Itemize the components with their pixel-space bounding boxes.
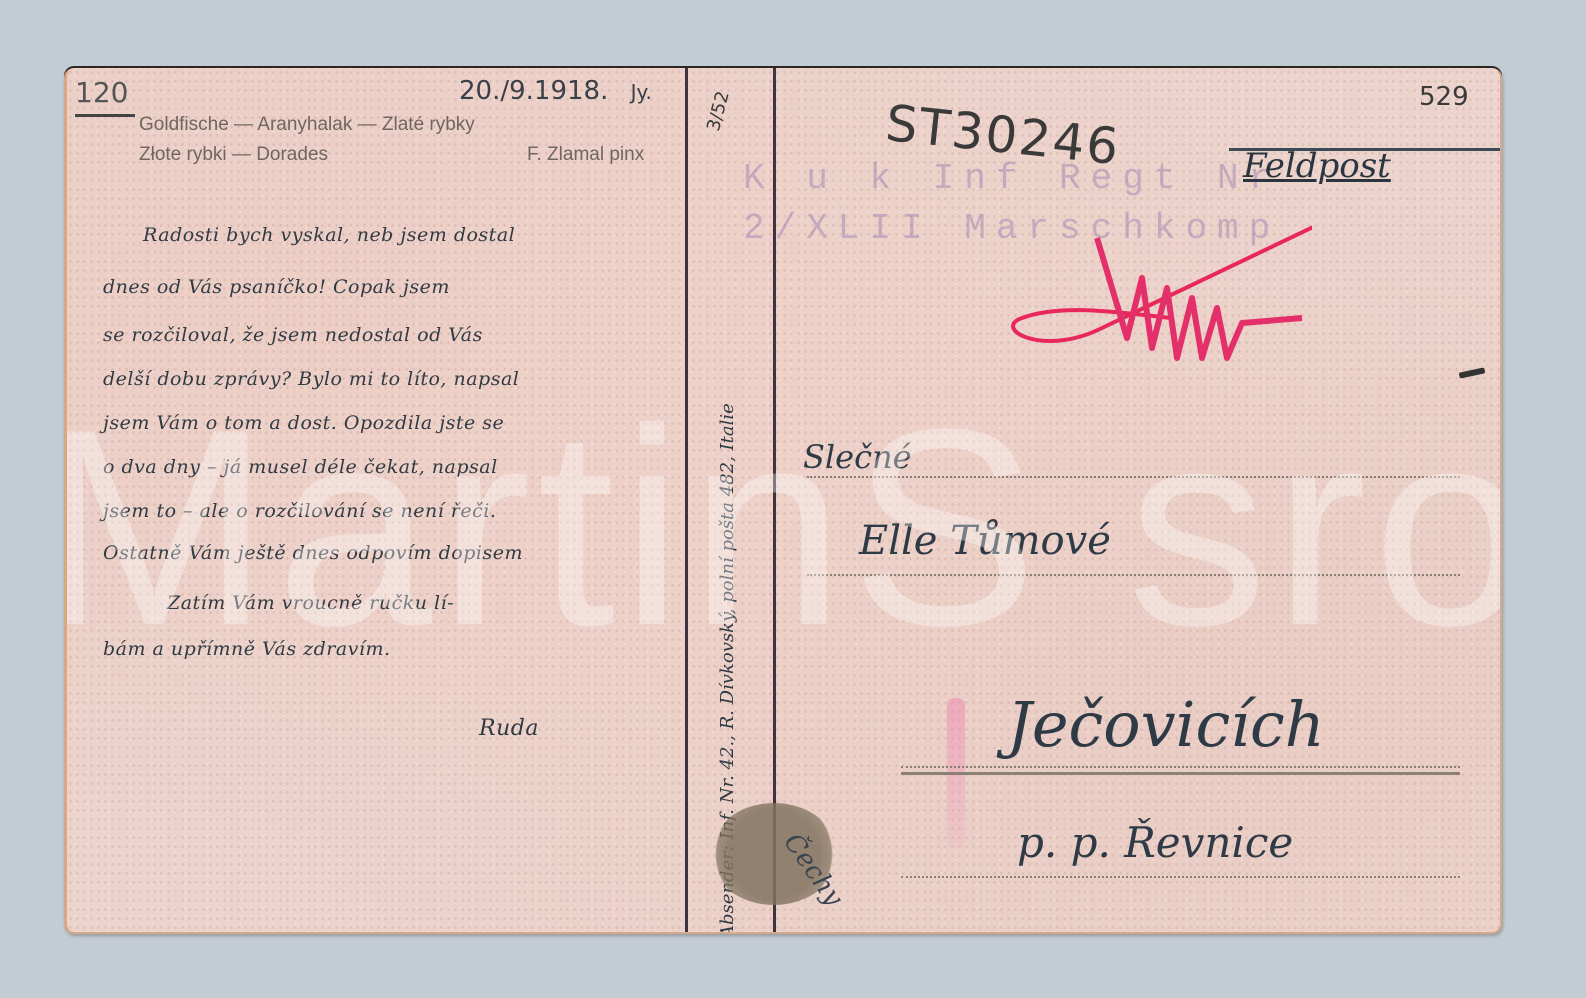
address-post: p. p. Řevnice: [1017, 818, 1293, 867]
date-suffix: Jy.: [631, 80, 652, 104]
date-note: 20./9.1918. Jy.: [459, 76, 652, 106]
letter-line: Zatím Vám vroucně ručku lí-: [167, 592, 454, 614]
address-line-1: [807, 476, 1460, 478]
address-salutation: Slečné: [803, 438, 912, 476]
date-text: 20./9.1918.: [459, 76, 608, 106]
address-line-3-solid: [901, 772, 1460, 775]
feldpost-line: [1229, 148, 1501, 151]
address-name: Elle Tůmové: [859, 518, 1111, 564]
letter-line: delší dobu zprávy? Bylo mi to líto, naps…: [103, 368, 519, 390]
postcard-back: 120 20./9.1918. Jy. Goldfische — Aranyha…: [64, 68, 1502, 934]
signature: Ruda: [479, 716, 539, 741]
address-town: Ječovicích: [1007, 688, 1325, 761]
feldpost-label: Feldpost: [1243, 146, 1391, 186]
divider-left: [685, 68, 688, 932]
artist-credit: F. Zlamal pinx: [527, 144, 644, 166]
pencil-underline: [75, 114, 135, 117]
address-line-4: [901, 876, 1460, 878]
caption-line-2: Złote rybki — Dorades: [139, 144, 328, 166]
pencil-number-left: 120: [75, 76, 128, 109]
pencil-fraction: 3/52: [703, 89, 734, 133]
ink-mark: [1459, 367, 1486, 378]
letter-line: jsem Vám o tom a dost. Opozdila jste se: [103, 412, 504, 434]
letter-line: Radosti bych vyskal, neb jsem dostal: [143, 224, 515, 246]
caption-line-1: Goldfische — Aranyhalak — Zlaté rybky: [139, 114, 475, 136]
address-line-2: [807, 574, 1460, 576]
letter-line: jsem to – ale o rozčilování se není řeči…: [103, 500, 496, 522]
letter-line: bám a upřímně Vás zdravím.: [103, 638, 391, 660]
letter-line: o dva dny – já musel déle čekat, napsal: [103, 456, 498, 478]
letter-line: dnes od Vás psaníčko! Copak jsem: [103, 276, 450, 298]
letter-line: Ostatně Vám ještě dnes odpovím dopisem: [103, 542, 523, 564]
address-line-3: [901, 766, 1460, 768]
censor-signature-icon: [1002, 218, 1312, 368]
pencil-number-right: 529: [1419, 82, 1469, 112]
letter-line: se rozčiloval, že jsem nedostal od Vás: [103, 324, 483, 346]
